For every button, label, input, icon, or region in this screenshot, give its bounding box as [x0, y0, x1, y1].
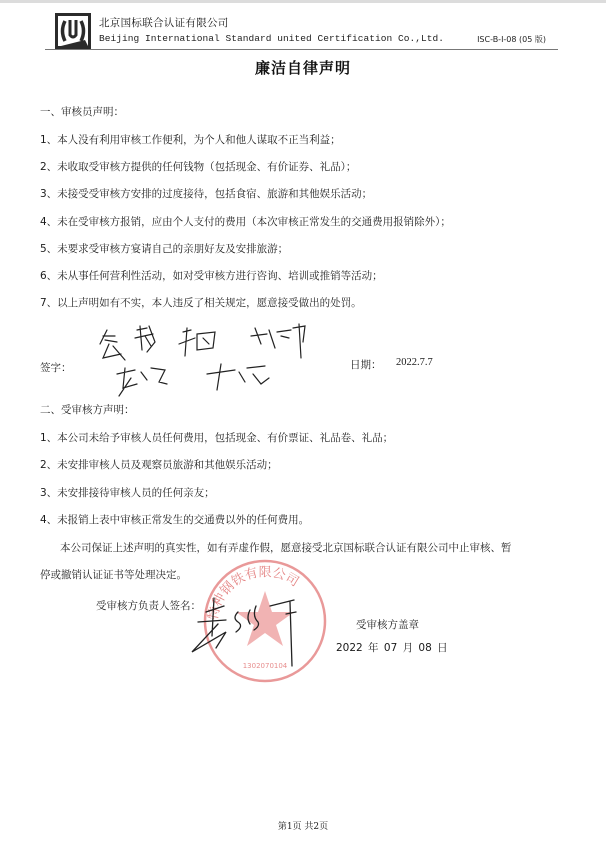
auditee-item: 4、未报销上表中审核正常发生的交通费以外的任何费用。	[40, 512, 309, 527]
date-value: 2022.7.7	[396, 357, 433, 368]
auditee-item: 1、本公司未给予审核人员任何费用，包括现金、有价票证、礼品卷、礼品；	[40, 430, 393, 445]
auditor-item: 4、未在受审核方报销，应由个人支付的费用（本次审核正常发生的交通费用报销除外）；	[40, 214, 451, 229]
document-header: 北京国标联合认证有限公司 Beijing International Stand…	[55, 13, 560, 49]
seal-label: 受审核方盖章	[356, 617, 419, 632]
section-heading-auditee: 二、受审核方声明：	[40, 402, 135, 417]
page-number: 第1页 共2页	[0, 819, 606, 832]
auditor-item: 2、未收取受审核方提供的任何钱物（包括现金、有价证券、礼品）；	[40, 159, 356, 174]
section-heading-auditor: 一、审核员声明：	[40, 104, 124, 119]
auditee-item: 2、未安排审核人员及观察员旅游和其他娱乐活动；	[40, 457, 278, 472]
responsible-person-handwritten-signature	[186, 592, 316, 672]
seal-date: 2022 年 07 月 08 日	[336, 640, 448, 655]
auditor-handwritten-signatures	[95, 322, 345, 400]
guarantee-text-line1: 本公司保证上述声明的真实性，如有弄虚作假，愿意接受北京国标联合认证有限公司中止审…	[60, 540, 512, 555]
auditor-item: 7、以上声明如有不实，本人违反了相关规定，愿意接受做出的处罚。	[40, 295, 362, 310]
date-label: 日期：	[350, 357, 382, 372]
signature-label: 签字：	[40, 360, 72, 375]
header-divider	[45, 49, 558, 50]
company-name-en: Beijing International Standard united Ce…	[99, 33, 444, 44]
auditor-item: 1、本人没有利用审核工作便利，为个人和他人谋取不正当利益；	[40, 132, 341, 147]
company-logo-icon	[55, 13, 91, 49]
auditee-item: 3、未安排接待审核人员的任何亲友；	[40, 485, 215, 500]
guarantee-text-line2: 停或撤销认证证书等处理决定。	[40, 567, 187, 582]
auditor-item: 3、未接受受审核方安排的过度接待，包括食宿、旅游和其他娱乐活动；	[40, 186, 372, 201]
auditor-item: 6、未从事任何营利性活动，如对受审核方进行咨询、培训或推销等活动；	[40, 268, 383, 283]
document-title: 廉洁自律声明	[0, 57, 606, 78]
auditor-item: 5、未要求受审核方宴请自己的亲朋好友及安排旅游；	[40, 241, 288, 256]
viewer-top-bar	[0, 0, 606, 3]
company-name-cn: 北京国标联合认证有限公司	[99, 15, 229, 30]
form-code: ISC-B-I-08 (05 版)	[477, 34, 546, 45]
